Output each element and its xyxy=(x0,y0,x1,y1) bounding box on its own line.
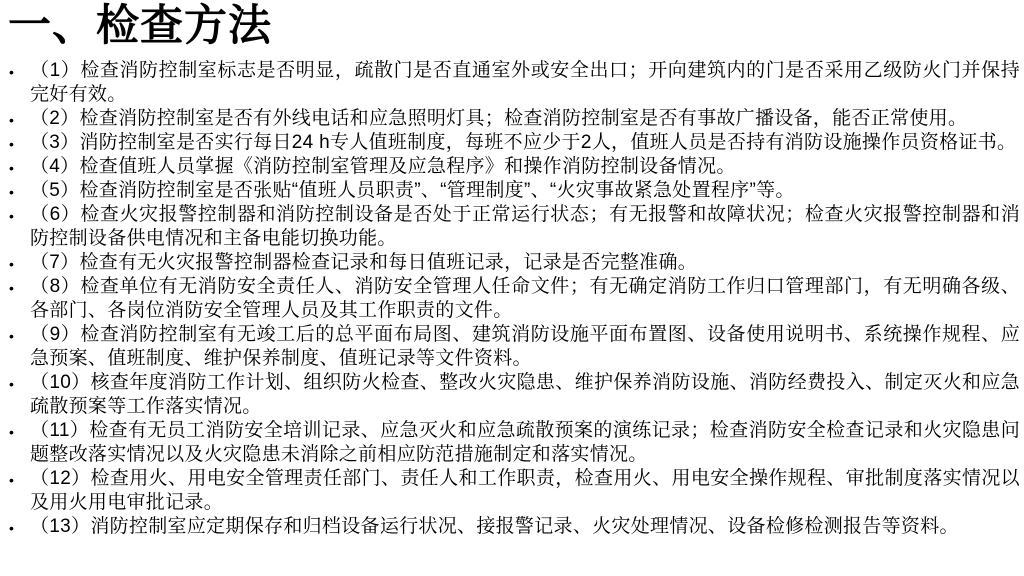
list-item: • （12）检查用火、用电安全管理责任部门、责任人和工作职责，检查用火、用电安全… xyxy=(0,467,1024,515)
bullet-icon: • xyxy=(9,276,14,300)
list-item-text: （13）消防控制室应定期保存和归档设备运行状况、接报警记录、火灾处理情况、设备检… xyxy=(30,516,959,537)
list-item: • （11）检查有无员工消防安全培训记录、应急灭火和应急疏散预案的演练记录；检查… xyxy=(0,419,1024,467)
list-item-text: （1）检查消防控制室标志是否明显，疏散门是否直通室外或安全出口；开向建筑内的门是… xyxy=(30,60,1020,105)
bullet-icon: • xyxy=(9,252,14,276)
list-item: • （4）检查值班人员掌握《消防控制室管理及应急程序》和操作消防控制设备情况。 xyxy=(0,155,1024,179)
list-item-text: （3）消防控制室是否实行每日24 h专人值班制度，每班不应少于2人，值班人员是否… xyxy=(30,132,1016,153)
bullet-icon: • xyxy=(9,468,14,492)
bullet-icon: • xyxy=(9,60,14,84)
list-item-text: （7）检查有无火灾报警控制器检查记录和每日值班记录，记录是否完整准确。 xyxy=(30,252,697,273)
bullet-icon: • xyxy=(9,420,14,444)
bullet-icon: • xyxy=(9,108,14,132)
list-item-text: （6）检查火灾报警控制器和消防控制设备是否处于正常运行状态；有无报警和故障状况；… xyxy=(30,204,1020,249)
bullet-icon: • xyxy=(9,156,14,180)
bullet-icon: • xyxy=(9,516,14,540)
list-item-text: （10）核查年度消防工作计划、组织防火检查、整改火灾隐患、维护保养消防设施、消防… xyxy=(30,372,1020,417)
list-item: • （13）消防控制室应定期保存和归档设备运行状况、接报警记录、火灾处理情况、设… xyxy=(0,515,1024,539)
list-item: • （3）消防控制室是否实行每日24 h专人值班制度，每班不应少于2人，值班人员… xyxy=(0,131,1024,155)
list-item-text: （2）检查消防控制室是否有外线电话和应急照明灯具；检查消防控制室是否有事故广播设… xyxy=(30,108,967,129)
list-item-text: （9）检查消防控制室有无竣工后的总平面布局图、建筑消防设施平面布置图、设备使用说… xyxy=(30,324,1020,369)
bullet-icon: • xyxy=(9,372,14,396)
list-item: • （9）检查消防控制室有无竣工后的总平面布局图、建筑消防设施平面布置图、设备使… xyxy=(0,323,1024,371)
list-item: • （2）检查消防控制室是否有外线电话和应急照明灯具；检查消防控制室是否有事故广… xyxy=(0,107,1024,131)
bullet-list: • （1）检查消防控制室标志是否明显，疏散门是否直通室外或安全出口；开向建筑内的… xyxy=(0,59,1024,539)
slide: 一、检查方法 • （1）检查消防控制室标志是否明显，疏散门是否直通室外或安全出口… xyxy=(0,0,1024,576)
list-item: • （7）检查有无火灾报警控制器检查记录和每日值班记录，记录是否完整准确。 xyxy=(0,251,1024,275)
list-item: • （1）检查消防控制室标志是否明显，疏散门是否直通室外或安全出口；开向建筑内的… xyxy=(0,59,1024,107)
list-item-text: （11）检查有无员工消防安全培训记录、应急灭火和应急疏散预案的演练记录；检查消防… xyxy=(30,420,1020,465)
list-item-text: （4）检查值班人员掌握《消防控制室管理及应急程序》和操作消防控制设备情况。 xyxy=(30,156,736,177)
list-item-text: （5）检查消防控制室是否张贴“值班人员职责”、“管理制度”、“火灾事故紧急处置程… xyxy=(30,180,795,201)
list-item-text: （12）检查用火、用电安全管理责任部门、责任人和工作职责，检查用火、用电安全操作… xyxy=(30,468,1020,513)
list-item: • （8）检查单位有无消防安全责任人、消防安全管理人任命文件；有无确定消防工作归… xyxy=(0,275,1024,323)
bullet-icon: • xyxy=(9,180,14,204)
bullet-icon: • xyxy=(9,324,14,348)
list-item: • （5）检查消防控制室是否张贴“值班人员职责”、“管理制度”、“火灾事故紧急处… xyxy=(0,179,1024,203)
slide-title: 一、检查方法 xyxy=(0,0,1024,52)
bullet-icon: • xyxy=(9,204,14,228)
list-item: • （6）检查火灾报警控制器和消防控制设备是否处于正常运行状态；有无报警和故障状… xyxy=(0,203,1024,251)
bullet-icon: • xyxy=(9,132,14,156)
list-item: • （10）核查年度消防工作计划、组织防火检查、整改火灾隐患、维护保养消防设施、… xyxy=(0,371,1024,419)
list-item-text: （8）检查单位有无消防安全责任人、消防安全管理人任命文件；有无确定消防工作归口管… xyxy=(30,276,1020,321)
